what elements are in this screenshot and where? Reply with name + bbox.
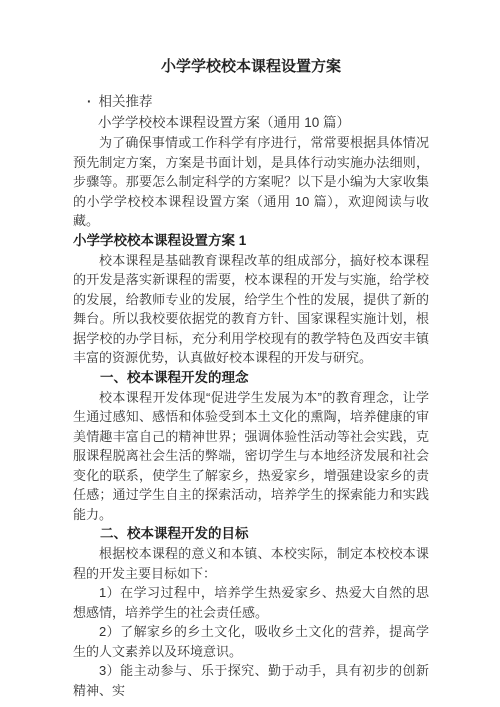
heading-development-goals: 二、校本课程开发的目标 bbox=[73, 524, 429, 544]
paragraph-goals-intro: 根据校本课程的意义和本镇、本校实际，制定本校校本课程的开发主要目标如下： bbox=[73, 544, 429, 583]
goal-item-2: 2）了解家乡的乡土文化，吸收乡土文化的营养，提高学生的人文素养以及环境意识。 bbox=[73, 622, 429, 661]
goal-item-1: 1）在学习过程中，培养学生热爱家乡、热爱大自然的思想感情，培养学生的社会责任感。 bbox=[73, 583, 429, 622]
document-page: 小学学校校本课程设置方案 ·相关推荐 小学学校校本课程设置方案（通用 10 篇）… bbox=[0, 0, 500, 707]
goal-item-3: 3）能主动参与、乐于探究、勤于动手，具有初步的创新精神、实 bbox=[73, 661, 429, 700]
heading-development-concept: 一、校本课程开发的理念 bbox=[73, 368, 429, 388]
paragraph-intro: 为了确保事情或工作科学有序进行，常常要根据具体情况预先制定方案，方案是书面计划，… bbox=[73, 133, 429, 231]
paragraph-section1-overview: 校本课程是基础教育课程改革的组成部分，搞好校本课程的开发是落实新课程的需要，校本… bbox=[73, 251, 429, 368]
bullet-icon: · bbox=[87, 91, 92, 112]
related-recommend-label: 相关推荐 bbox=[99, 94, 153, 109]
paragraph-development-concept: 校本课程开发体现“促进学生发展为本”的教育理念，让学生通过感知、感悟和体验受到本… bbox=[73, 388, 429, 525]
doc-subtitle: 小学学校校本课程设置方案（通用 10 篇） bbox=[73, 112, 429, 133]
section-1-title: 小学学校校本课程设置方案 1 bbox=[73, 231, 429, 251]
related-recommend-item: ·相关推荐 bbox=[73, 91, 429, 112]
page-title: 小学学校校本课程设置方案 bbox=[73, 57, 429, 77]
